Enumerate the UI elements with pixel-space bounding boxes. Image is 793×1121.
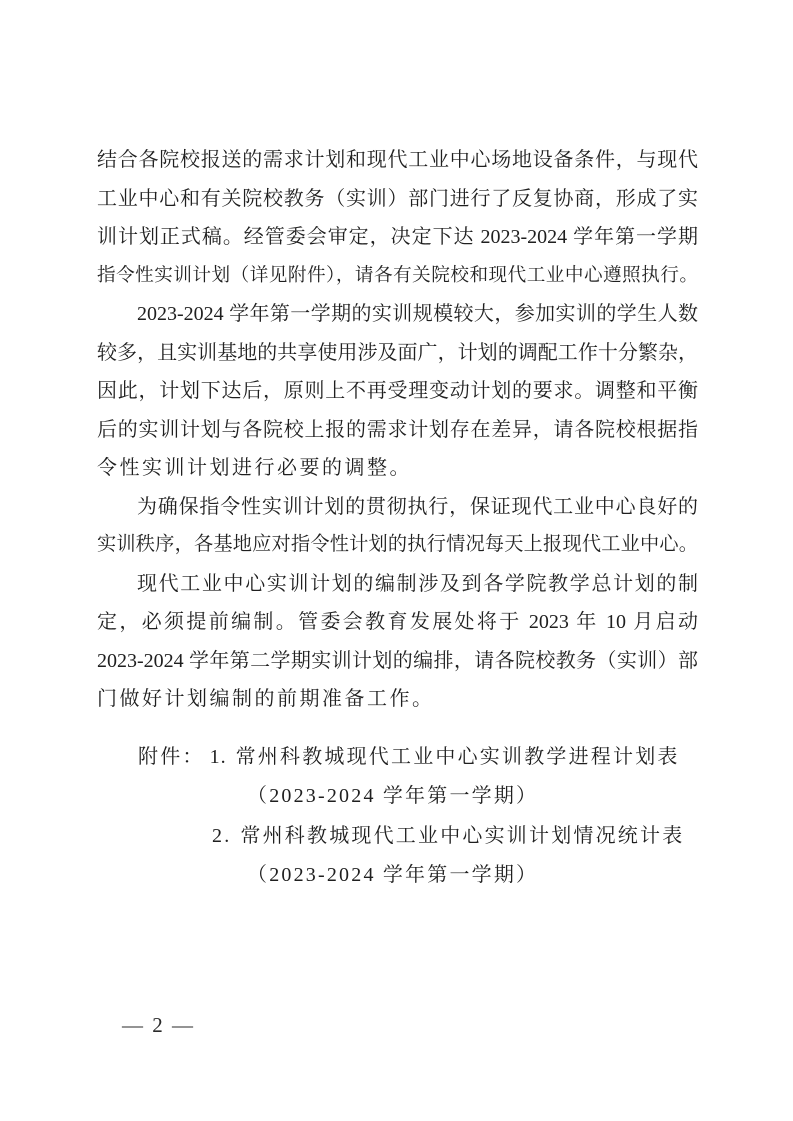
attachment-item-subtitle: （2023-2024 学年第一学期） bbox=[97, 856, 698, 896]
body-line: 训计划正式稿。经管委会审定，决定下达 2023-2024 学年第一学期 bbox=[97, 218, 698, 257]
attachment-label: 附件： bbox=[138, 746, 205, 768]
attachment-item: 2.常州科教城现代工业中心实训计划情况统计表 bbox=[97, 817, 698, 857]
body-line: 令性实训计划进行必要的调整。 bbox=[97, 449, 698, 488]
body-line: 工业中心和有关院校教务（实训）部门进行了反复协商，形成了实 bbox=[97, 180, 698, 219]
body-text: 结合各院校报送的需求计划和现代工业中心场地设备条件，与现代 工业中心和有关院校教… bbox=[97, 141, 698, 896]
body-line: 较多，且实训基地的共享使用涉及面广，计划的调配工作十分繁杂， bbox=[97, 334, 698, 373]
document-page: 结合各院校报送的需求计划和现代工业中心场地设备条件，与现代 工业中心和有关院校教… bbox=[0, 0, 793, 1121]
attachment-item-title: 常州科教城现代工业中心实训计划情况统计表 bbox=[240, 825, 684, 847]
attachment-item-subtitle: （2023-2024 学年第一学期） bbox=[97, 777, 698, 817]
attachment-item-number: 2. bbox=[212, 825, 231, 847]
body-line: 结合各院校报送的需求计划和现代工业中心场地设备条件，与现代 bbox=[97, 141, 698, 180]
attachment-item-title: 常州科教城现代工业中心实训教学进程计划表 bbox=[236, 746, 680, 768]
body-line: 后的实训计划与各院校上报的需求计划存在差异，请各院校根据指 bbox=[97, 411, 698, 450]
attachment-item-number: 1. bbox=[210, 746, 227, 768]
attachment-item: 附件：1.常州科教城现代工业中心实训教学进程计划表 bbox=[97, 738, 698, 778]
body-line: 现代工业中心实训计划的编制涉及到各学院教学总计划的制 bbox=[97, 565, 698, 604]
body-line: 2023-2024 学年第一学期的实训规模较大，参加实训的学生人数 bbox=[97, 295, 698, 334]
body-line: 门做好计划编制的前期准备工作。 bbox=[97, 680, 698, 719]
attachment-list: 附件：1.常州科教城现代工业中心实训教学进程计划表 （2023-2024 学年第… bbox=[97, 738, 698, 896]
body-line: 指令性实训计划（详见附件），请各有关院校和现代工业中心遵照执行。 bbox=[97, 257, 698, 296]
body-line: 因此，计划下达后，原则上不再受理变动计划的要求。调整和平衡 bbox=[97, 372, 698, 411]
page-number: — 2 — bbox=[122, 1010, 195, 1040]
body-line: 为确保指令性实训计划的贯彻执行，保证现代工业中心良好的 bbox=[97, 488, 698, 527]
body-line: 定，必须提前编制。管委会教育发展处将于 2023 年 10 月启动 bbox=[97, 603, 698, 642]
body-line: 2023-2024 学年第二学期实训计划的编排，请各院校教务（实训）部 bbox=[97, 642, 698, 681]
body-line: 实训秩序，各基地应对指令性计划的执行情况每天上报现代工业中心。 bbox=[97, 526, 698, 565]
